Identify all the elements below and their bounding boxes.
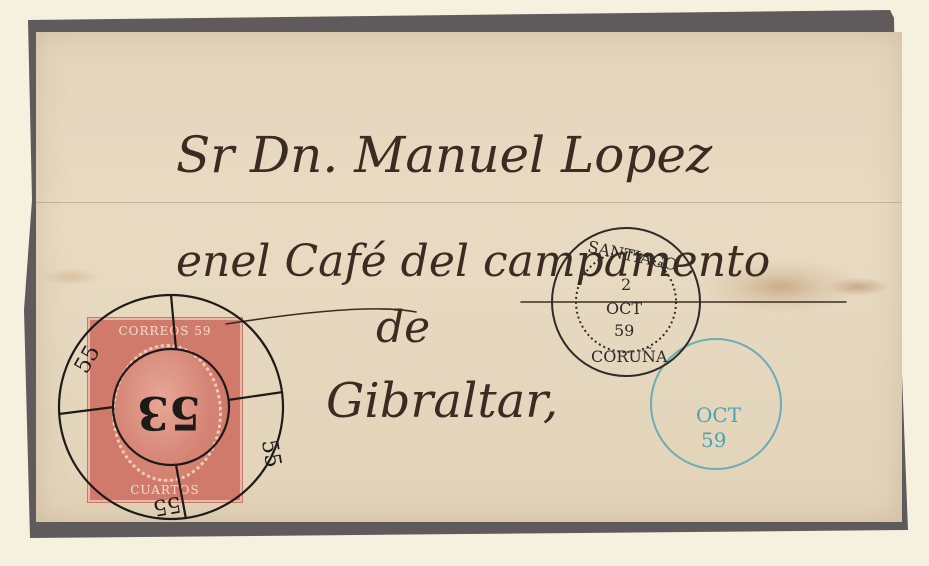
album-mount: CORREOS 59 CUARTOS Sr Dn. Manuel Lopez e… bbox=[20, 10, 913, 540]
folded-letter: CORREOS 59 CUARTOS Sr Dn. Manuel Lopez e… bbox=[36, 32, 902, 522]
address-line-4: Gibraltar, bbox=[326, 373, 558, 429]
handwritten-address: Sr Dn. Manuel Lopez enel Café del campam… bbox=[36, 32, 902, 522]
address-line-1: Sr Dn. Manuel Lopez bbox=[176, 126, 713, 184]
address-line-2: enel Café del campamento bbox=[176, 236, 770, 287]
